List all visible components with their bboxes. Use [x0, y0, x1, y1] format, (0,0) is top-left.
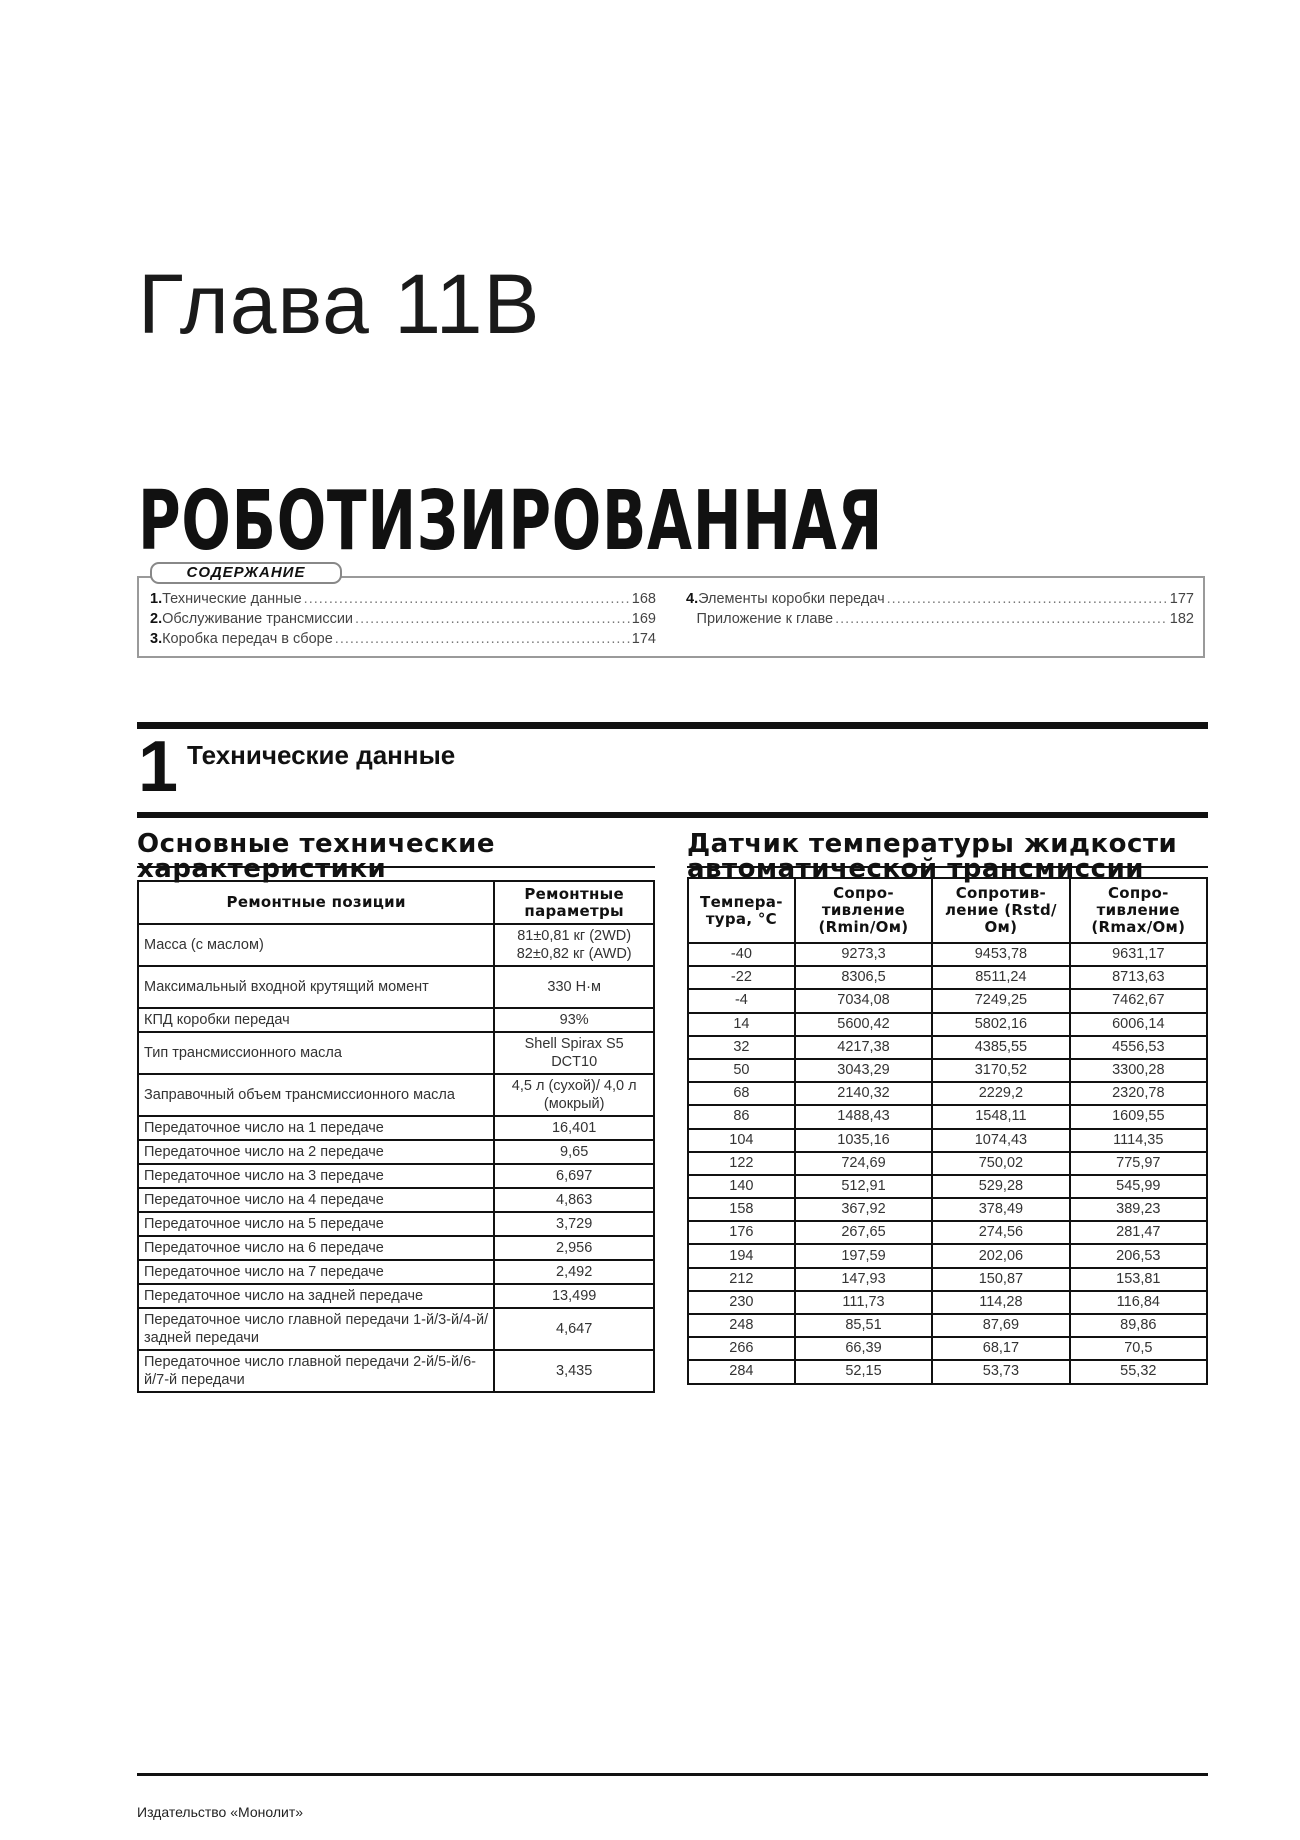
rstd-cell: 9453,78 [932, 943, 1069, 966]
temp-table-row: 176267,65274,56281,47 [688, 1221, 1207, 1244]
temperature-cell: 14 [688, 1013, 795, 1036]
chapter-title-line-1: РОБОТИЗИРОВАННАЯ [138, 468, 883, 575]
rmin-cell: 367,92 [795, 1198, 932, 1221]
rstd-cell: 274,56 [932, 1221, 1069, 1244]
spec-value: 4,647 [494, 1308, 654, 1350]
temp-table-row: -409273,39453,789631,17 [688, 943, 1207, 966]
temp-table-row: 26666,3968,1770,5 [688, 1337, 1207, 1360]
spec-item: КПД коробки передач [138, 1008, 494, 1032]
toc-item[interactable]: Приложение к главе 182 [686, 609, 1194, 629]
rmin-cell: 724,69 [795, 1152, 932, 1175]
toc-item-title: Технические данные [162, 589, 302, 609]
rstd-cell: 750,02 [932, 1152, 1069, 1175]
toc-item-page: 174 [632, 629, 656, 649]
spec-table-row: Передаточное число главной передачи 2-й/… [138, 1350, 654, 1392]
temp-table-row: 24885,5187,6989,86 [688, 1314, 1207, 1337]
toc-item-page: 182 [1170, 609, 1194, 629]
rmax-cell: 8713,63 [1070, 966, 1207, 989]
spec-table-row: Передаточное число на 6 передаче2,956 [138, 1236, 654, 1260]
section-number: 1 [138, 731, 178, 803]
spec-item: Тип трансмиссионного масла [138, 1032, 494, 1074]
spec-value: 9,65 [494, 1140, 654, 1164]
spec-table-row: Передаточное число на 3 передаче6,697 [138, 1164, 654, 1188]
spec-value: 3,729 [494, 1212, 654, 1236]
toc-item-title: Элементы коробки передач [698, 589, 885, 609]
spec-value: 2,956 [494, 1236, 654, 1260]
toc-item-number: 3. [150, 629, 162, 649]
toc-item-page: 169 [632, 609, 656, 629]
temp-header-rstd: Сопротив-ление (Rstd/Ом) [932, 878, 1069, 943]
spec-value: 330 Н·м [494, 966, 654, 1008]
rstd-cell: 114,28 [932, 1291, 1069, 1314]
toc-right-column: 4. Элементы коробки передач 177 Приложен… [686, 589, 1194, 629]
rmin-cell: 85,51 [795, 1314, 932, 1337]
spec-table-row: Передаточное число главной передачи 1-й/… [138, 1308, 654, 1350]
toc-item-title: Коробка передач в сборе [162, 629, 333, 649]
temperature-cell: 50 [688, 1059, 795, 1082]
spec-item: Передаточное число на 5 передаче [138, 1212, 494, 1236]
toc-leader-dots [355, 609, 630, 629]
toc-item[interactable]: 2. Обслуживание трансмиссии 169 [150, 609, 656, 629]
temp-sensor-table: Темпера-тура, °C Сопро-тивление (Rmin/Ом… [687, 877, 1208, 1385]
spec-table-row: КПД коробки передач93% [138, 1008, 654, 1032]
temperature-cell: 266 [688, 1337, 795, 1360]
spec-header-value: Ремонтные параметры [494, 881, 654, 924]
rmax-cell: 6006,14 [1070, 1013, 1207, 1036]
rstd-cell: 1074,43 [932, 1129, 1069, 1152]
spec-value: 4,863 [494, 1188, 654, 1212]
rmin-cell: 8306,5 [795, 966, 932, 989]
temperature-cell: 158 [688, 1198, 795, 1221]
rstd-cell: 202,06 [932, 1244, 1069, 1267]
spec-table-row: Тип трансмиссионного маслаShell Spirax S… [138, 1032, 654, 1074]
rstd-cell: 2229,2 [932, 1082, 1069, 1105]
spec-value: 81±0,81 кг (2WD) 82±0,82 кг (AWD) [494, 924, 654, 966]
rmax-cell: 3300,28 [1070, 1059, 1207, 1082]
rmin-cell: 1488,43 [795, 1105, 932, 1128]
rmin-cell: 4217,38 [795, 1036, 932, 1059]
toc-leader-dots [335, 629, 630, 649]
rmax-cell: 389,23 [1070, 1198, 1207, 1221]
spec-table-row: Передаточное число на 2 передаче9,65 [138, 1140, 654, 1164]
spec-table-row: Передаточное число на 1 передаче16,401 [138, 1116, 654, 1140]
temp-table-row: 140512,91529,28545,99 [688, 1175, 1207, 1198]
rmin-cell: 147,93 [795, 1268, 932, 1291]
spec-table-row: Передаточное число на 7 передаче2,492 [138, 1260, 654, 1284]
rstd-cell: 8511,24 [932, 966, 1069, 989]
rmax-cell: 206,53 [1070, 1244, 1207, 1267]
toc-leader-dots [835, 609, 1168, 629]
spec-table-row: Максимальный входной крутящий момент330 … [138, 966, 654, 1008]
rstd-cell: 529,28 [932, 1175, 1069, 1198]
section-title: Технические данные [187, 740, 455, 771]
temp-table-row: 158367,92378,49389,23 [688, 1198, 1207, 1221]
rmax-cell: 116,84 [1070, 1291, 1207, 1314]
spec-heading-underline [137, 866, 655, 868]
rmax-cell: 7462,67 [1070, 989, 1207, 1012]
temp-table-row: 122724,69750,02775,97 [688, 1152, 1207, 1175]
toc-leader-dots [887, 589, 1168, 609]
rstd-cell: 378,49 [932, 1198, 1069, 1221]
rstd-cell: 7249,25 [932, 989, 1069, 1012]
toc-left-column: 1. Технические данные 168 2. Обслуживани… [150, 589, 656, 649]
spec-item: Передаточное число на 3 передаче [138, 1164, 494, 1188]
temp-table-row: 28452,1553,7355,32 [688, 1360, 1207, 1383]
temp-table-row: 230111,73114,28116,84 [688, 1291, 1207, 1314]
temp-table-row: -47034,087249,257462,67 [688, 989, 1207, 1012]
temperature-cell: 68 [688, 1082, 795, 1105]
section-rule-top [137, 722, 1208, 729]
spec-value: Shell Spirax S5 DCT10 [494, 1032, 654, 1074]
spec-item: Передаточное число на 6 передаче [138, 1236, 494, 1260]
toc-item-number: 2. [150, 609, 162, 629]
toc-item-number: 4. [686, 589, 698, 609]
toc-item-title: Обслуживание трансмиссии [162, 609, 353, 629]
rmin-cell: 5600,42 [795, 1013, 932, 1036]
rstd-cell: 4385,55 [932, 1036, 1069, 1059]
spec-item: Масса (с маслом) [138, 924, 494, 966]
section-rule-bottom [137, 812, 1208, 818]
rmax-cell: 545,99 [1070, 1175, 1207, 1198]
spec-value: 13,499 [494, 1284, 654, 1308]
toc-item-page: 168 [632, 589, 656, 609]
rmin-cell: 111,73 [795, 1291, 932, 1314]
temp-table-row: 145600,425802,166006,14 [688, 1013, 1207, 1036]
temp-header-rmin: Сопро-тивление (Rmin/Ом) [795, 878, 932, 943]
temperature-cell: 122 [688, 1152, 795, 1175]
rmin-cell: 7034,08 [795, 989, 932, 1012]
rmax-cell: 4556,53 [1070, 1036, 1207, 1059]
rstd-cell: 87,69 [932, 1314, 1069, 1337]
temperature-cell: -40 [688, 943, 795, 966]
rstd-cell: 68,17 [932, 1337, 1069, 1360]
toc-item[interactable]: 3. Коробка передач в сборе 174 [150, 629, 656, 649]
temp-table-row: 194197,59202,06206,53 [688, 1244, 1207, 1267]
spec-value: 6,697 [494, 1164, 654, 1188]
temp-header-rmax: Сопро-тивление (Rmax/Ом) [1070, 878, 1207, 943]
temperature-cell: -22 [688, 966, 795, 989]
temp-table-row: 682140,322229,22320,78 [688, 1082, 1207, 1105]
spec-item: Передаточное число на задней передаче [138, 1284, 494, 1308]
rstd-cell: 3170,52 [932, 1059, 1069, 1082]
rmin-cell: 3043,29 [795, 1059, 932, 1082]
spec-item: Передаточное число на 7 передаче [138, 1260, 494, 1284]
spec-item: Передаточное число на 4 передаче [138, 1188, 494, 1212]
toc-item-number: 1. [150, 589, 162, 609]
spec-table-heading-line-2: характеристики [137, 857, 495, 882]
rmin-cell: 512,91 [795, 1175, 932, 1198]
temperature-cell: 104 [688, 1129, 795, 1152]
temperature-cell: 140 [688, 1175, 795, 1198]
temp-heading-underline [687, 866, 1208, 868]
spec-table-row: Масса (с маслом)81±0,81 кг (2WD) 82±0,82… [138, 924, 654, 966]
rmax-cell: 281,47 [1070, 1221, 1207, 1244]
publisher-footer: Издательство «Монолит» [137, 1804, 303, 1820]
temp-header-temperature: Темпера-тура, °C [688, 878, 795, 943]
rstd-cell: 5802,16 [932, 1013, 1069, 1036]
toc-heading: СОДЕРЖАНИЕ [150, 562, 342, 584]
spec-value: 93% [494, 1008, 654, 1032]
rstd-cell: 53,73 [932, 1360, 1069, 1383]
spec-table-row: Передаточное число на 5 передаче3,729 [138, 1212, 654, 1236]
rmin-cell: 197,59 [795, 1244, 932, 1267]
temperature-cell: 86 [688, 1105, 795, 1128]
spec-table-row: Передаточное число на задней передаче13,… [138, 1284, 654, 1308]
rmin-cell: 9273,3 [795, 943, 932, 966]
spec-value: 3,435 [494, 1350, 654, 1392]
spec-table: Ремонтные позиции Ремонтные параметры Ма… [137, 880, 655, 1393]
spec-item: Передаточное число на 2 передаче [138, 1140, 494, 1164]
toc-item[interactable]: 1. Технические данные 168 [150, 589, 656, 609]
rmin-cell: 66,39 [795, 1337, 932, 1360]
spec-table-row: Заправочный объем трансмиссионного масла… [138, 1074, 654, 1116]
toc-item[interactable]: 4. Элементы коробки передач 177 [686, 589, 1194, 609]
temp-table-row: 212147,93150,87153,81 [688, 1268, 1207, 1291]
temperature-cell: 230 [688, 1291, 795, 1314]
temperature-cell: 194 [688, 1244, 795, 1267]
rmin-cell: 267,65 [795, 1221, 932, 1244]
temperature-cell: 176 [688, 1221, 795, 1244]
spec-table-row: Передаточное число на 4 передаче4,863 [138, 1188, 654, 1212]
footer-rule [137, 1773, 1208, 1776]
spec-value: 4,5 л (сухой)/ 4,0 л (мокрый) [494, 1074, 654, 1116]
rmax-cell: 153,81 [1070, 1268, 1207, 1291]
temp-table-heading: Датчик температуры жидкости автоматическ… [687, 832, 1177, 882]
temperature-cell: 32 [688, 1036, 795, 1059]
rmax-cell: 55,32 [1070, 1360, 1207, 1383]
spec-value: 16,401 [494, 1116, 654, 1140]
spec-table-heading: Основные технические характеристики [137, 832, 495, 882]
temp-table-row: 1041035,161074,431114,35 [688, 1129, 1207, 1152]
temp-table-row: 861488,431548,111609,55 [688, 1105, 1207, 1128]
rmax-cell: 70,5 [1070, 1337, 1207, 1360]
spec-value: 2,492 [494, 1260, 654, 1284]
rstd-cell: 150,87 [932, 1268, 1069, 1291]
rmax-cell: 1609,55 [1070, 1105, 1207, 1128]
temperature-cell: 248 [688, 1314, 795, 1337]
spec-item: Передаточное число главной передачи 2-й/… [138, 1350, 494, 1392]
temperature-cell: -4 [688, 989, 795, 1012]
temp-table-row: -228306,58511,248713,63 [688, 966, 1207, 989]
temp-table-row: 324217,384385,554556,53 [688, 1036, 1207, 1059]
rmin-cell: 1035,16 [795, 1129, 932, 1152]
temperature-cell: 212 [688, 1268, 795, 1291]
spec-header-item: Ремонтные позиции [138, 881, 494, 924]
rmax-cell: 2320,78 [1070, 1082, 1207, 1105]
rstd-cell: 1548,11 [932, 1105, 1069, 1128]
rmax-cell: 1114,35 [1070, 1129, 1207, 1152]
spec-item: Передаточное число главной передачи 1-й/… [138, 1308, 494, 1350]
rmax-cell: 9631,17 [1070, 943, 1207, 966]
rmin-cell: 2140,32 [795, 1082, 932, 1105]
spec-item: Передаточное число на 1 передаче [138, 1116, 494, 1140]
spec-item: Заправочный объем трансмиссионного масла [138, 1074, 494, 1116]
toc-leader-dots [304, 589, 630, 609]
chapter-label: Глава 11В [138, 262, 540, 346]
temp-table-row: 503043,293170,523300,28 [688, 1059, 1207, 1082]
rmin-cell: 52,15 [795, 1360, 932, 1383]
spec-item: Максимальный входной крутящий момент [138, 966, 494, 1008]
toc-item-title: Приложение к главе [697, 609, 834, 629]
temperature-cell: 284 [688, 1360, 795, 1383]
rmax-cell: 89,86 [1070, 1314, 1207, 1337]
toc-item-page: 177 [1170, 589, 1194, 609]
rmax-cell: 775,97 [1070, 1152, 1207, 1175]
